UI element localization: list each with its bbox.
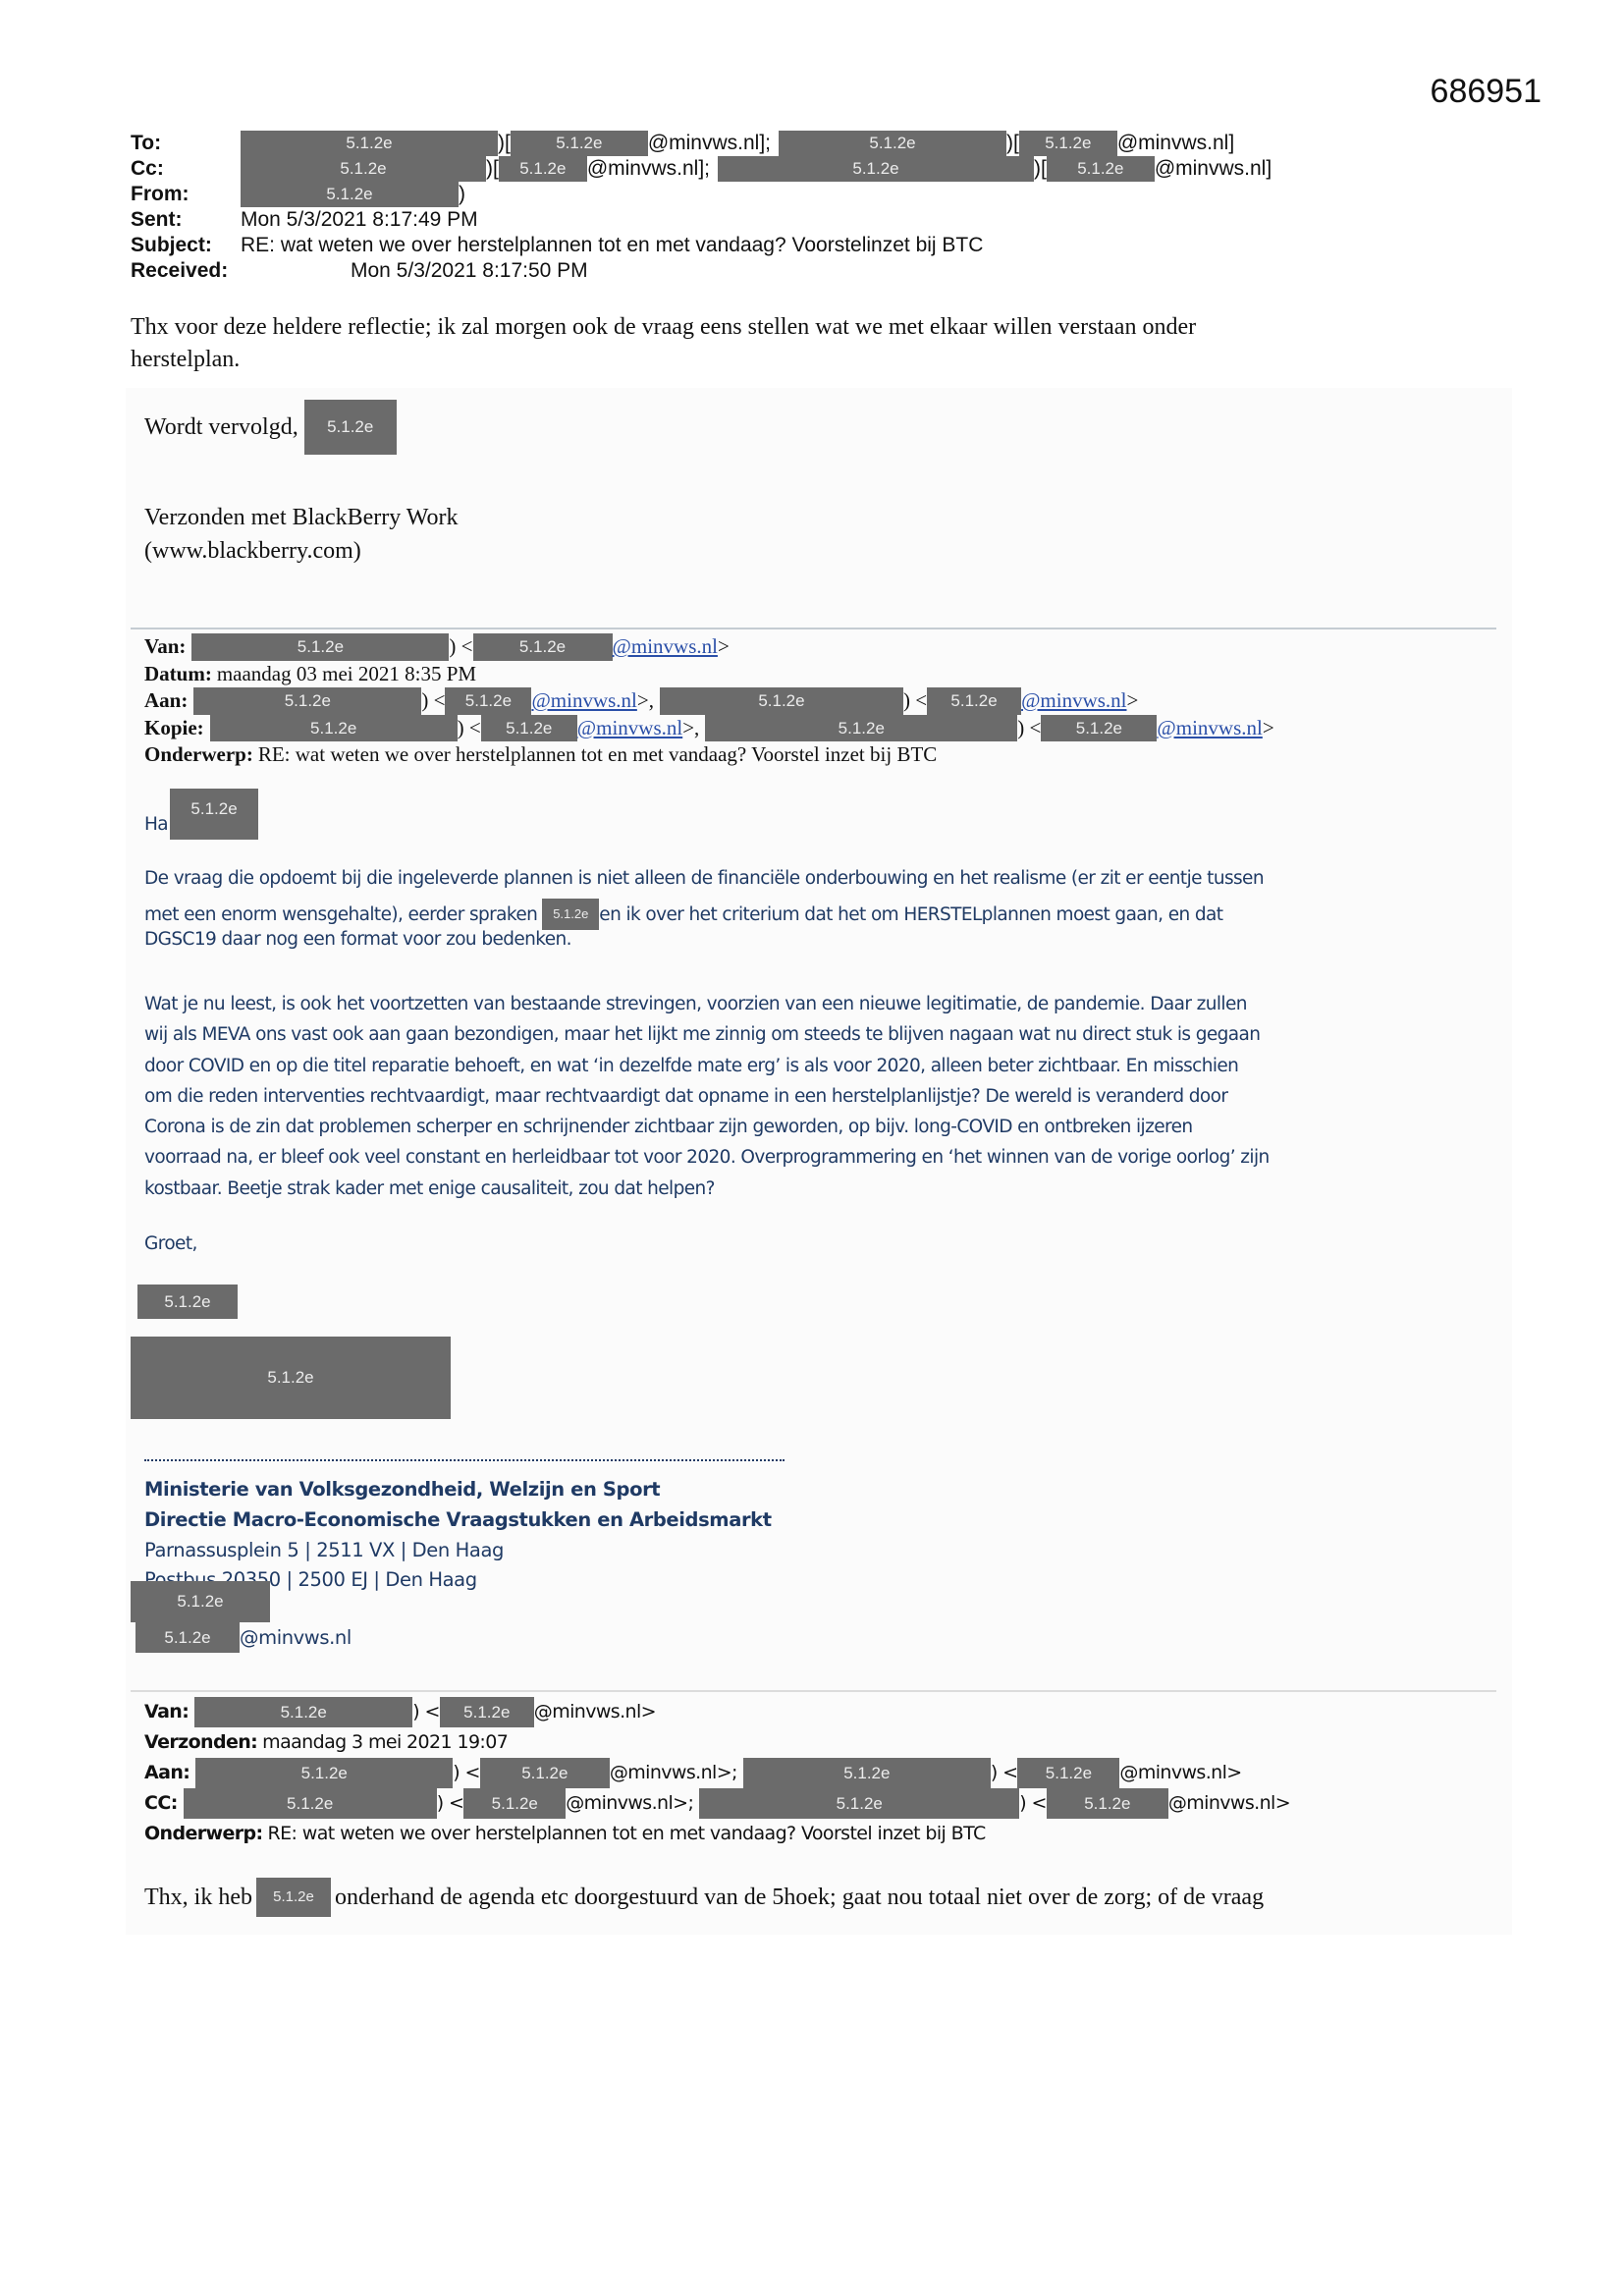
separator: ) < bbox=[421, 687, 445, 715]
sent-label: Sent: bbox=[131, 207, 241, 233]
email-link[interactable]: @minvws.nl bbox=[577, 715, 682, 742]
redaction-title: 5.1.2e bbox=[131, 1337, 451, 1419]
redaction: 5.1.2e bbox=[463, 1788, 566, 1819]
redaction: 5.1.2e bbox=[743, 1758, 991, 1788]
separator: )[ bbox=[1034, 156, 1047, 182]
device-signature-line1: Verzonden met BlackBerry Work bbox=[144, 505, 459, 531]
reply-closing: Wordt vervolgd, 5.1.2e bbox=[144, 400, 397, 455]
email-domain: @minvws.nl] bbox=[1117, 131, 1234, 156]
separator: )[ bbox=[498, 131, 511, 156]
divider bbox=[131, 1690, 1496, 1692]
verzonden-label: Verzonden: bbox=[144, 1727, 257, 1758]
divider bbox=[131, 628, 1496, 629]
verzonden-row: Verzonden: maandag 3 mei 2021 19:07 bbox=[144, 1727, 1290, 1758]
signature-org: Ministerie van Volksgezondheid, Welzijn … bbox=[144, 1478, 660, 1501]
datum-value: maandag 03 mei 2021 8:35 PM bbox=[217, 661, 476, 688]
sent-value: Mon 5/3/2021 8:17:49 PM bbox=[241, 207, 478, 233]
email-link[interactable]: @minvws.nl bbox=[531, 687, 636, 715]
verzonden-value: maandag 3 mei 2021 19:07 bbox=[262, 1727, 508, 1758]
separator: >, bbox=[637, 687, 654, 715]
redaction: 5.1.2e bbox=[481, 715, 577, 742]
van-row: Van: 5.1.2e ) < 5.1.2e @minvws.nl> bbox=[144, 1697, 1290, 1727]
email-domain: @minvws.nl]; bbox=[587, 156, 710, 182]
redaction: 5.1.2e bbox=[1047, 1788, 1168, 1819]
para2-line: kostbaar. Beetje strak kader met enige c… bbox=[144, 1174, 1270, 1204]
redaction: 5.1.2e bbox=[440, 1697, 534, 1727]
aan-label: Aan: bbox=[144, 1758, 189, 1788]
separator: > bbox=[1127, 687, 1139, 715]
separator: >, bbox=[682, 715, 699, 742]
redaction: 5.1.2e bbox=[195, 1758, 453, 1788]
para2-line: Corona is de zin dat problemen scherper … bbox=[144, 1112, 1270, 1142]
separator: ) < bbox=[903, 687, 927, 715]
reply-paragraph-cont: herstelplan. bbox=[131, 347, 240, 373]
para2-line: om die reden interventies rechtvaardigt,… bbox=[144, 1081, 1270, 1112]
para2-line: Wat je nu leest, is ook het voortzetten … bbox=[144, 989, 1270, 1019]
received-value: Mon 5/3/2021 8:17:50 PM bbox=[351, 258, 588, 284]
separator: ) bbox=[459, 182, 465, 207]
page-number: 686951 bbox=[1431, 73, 1542, 111]
para2: Wat je nu leest, is ook het voortzetten … bbox=[144, 989, 1270, 1204]
redaction: 5.1.2e bbox=[445, 687, 531, 715]
redaction: 5.1.2e bbox=[241, 131, 498, 156]
quoted2-header: Van: 5.1.2e ) < 5.1.2e @minvws.nl> Verzo… bbox=[144, 1697, 1290, 1849]
cc-row: CC: 5.1.2e ) < 5.1.2e @minvws.nl>; 5.1.2… bbox=[144, 1788, 1290, 1819]
van-label: Van: bbox=[144, 633, 186, 661]
para1-line3: DGSC19 daar nog een format voor zou bede… bbox=[144, 929, 571, 950]
redaction: 5.1.2e bbox=[1017, 1758, 1119, 1788]
redaction: 5.1.2e bbox=[1041, 715, 1157, 742]
separator: ) < bbox=[437, 1788, 464, 1819]
separator: )[ bbox=[1006, 131, 1019, 156]
separator: ) < bbox=[412, 1697, 440, 1727]
email-domain: @minvws.nl bbox=[240, 1626, 352, 1649]
separator: ) < bbox=[991, 1758, 1018, 1788]
para1-line2: met een enorm wensgehalte), eerder sprak… bbox=[144, 899, 1222, 930]
onderwerp-value: RE: wat weten we over herstelplannen tot… bbox=[258, 741, 937, 769]
aan-label: Aan: bbox=[144, 687, 188, 715]
received-row: Received: Mon 5/3/2021 8:17:50 PM bbox=[131, 258, 1272, 284]
redaction: 5.1.2e bbox=[210, 715, 458, 742]
redaction: 5.1.2e bbox=[779, 131, 1006, 156]
quoted2-body: Thx, ik heb 5.1.2e onderhand de agenda e… bbox=[144, 1878, 1264, 1917]
separator: > bbox=[1263, 715, 1274, 742]
outer-email-header: To: 5.1.2e )[ 5.1.2e @minvws.nl]; 5.1.2e… bbox=[131, 131, 1272, 284]
subject-label: Subject: bbox=[131, 233, 241, 258]
to-row: To: 5.1.2e )[ 5.1.2e @minvws.nl]; 5.1.2e… bbox=[131, 131, 1272, 156]
device-signature-line2: (www.blackberry.com) bbox=[144, 538, 361, 565]
datum-label: Datum: bbox=[144, 661, 212, 688]
greeting: Ha 5.1.2e bbox=[144, 789, 258, 840]
cc-label: CC: bbox=[144, 1788, 178, 1819]
to-label: To: bbox=[131, 131, 241, 156]
email-domain: @minvws.nl] bbox=[1155, 156, 1272, 182]
redaction: 5.1.2e bbox=[193, 687, 421, 715]
from-label: From: bbox=[131, 182, 241, 207]
body-text: onderhand de agenda etc doorgestuurd van… bbox=[335, 1885, 1264, 1911]
para1-line2b: en ik over het criterium dat het om HERS… bbox=[599, 904, 1222, 925]
redaction: 5.1.2e bbox=[699, 1788, 1019, 1819]
redaction: 5.1.2e bbox=[135, 1622, 240, 1653]
received-label: Received: bbox=[131, 258, 351, 284]
redaction: 5.1.2e bbox=[170, 789, 258, 840]
cc-label: Cc: bbox=[131, 156, 241, 182]
separator: ) < bbox=[453, 1758, 480, 1788]
email-domain: @minvws.nl>; bbox=[610, 1758, 737, 1788]
datum-row: Datum: maandag 03 mei 2021 8:35 PM bbox=[144, 661, 1274, 688]
subject-value: RE: wat weten we over herstelplannen tot… bbox=[241, 233, 983, 258]
email-link[interactable]: @minvws.nl bbox=[613, 633, 718, 661]
para2-line: wij als MEVA ons vast ook aan gaan bezon… bbox=[144, 1019, 1270, 1050]
redaction: 5.1.2e bbox=[131, 1581, 270, 1622]
kopie-label: Kopie: bbox=[144, 715, 204, 742]
cc-row: Cc: 5.1.2e )[ 5.1.2e @minvws.nl]; 5.1.2e… bbox=[131, 156, 1272, 182]
sent-row: Sent: Mon 5/3/2021 8:17:49 PM bbox=[131, 207, 1272, 233]
reply-paragraph: Thx voor deze heldere reflectie; ik zal … bbox=[131, 314, 1196, 341]
closing-text: Wordt vervolgd, bbox=[144, 414, 298, 441]
para1-line2a: met een enorm wensgehalte), eerder sprak… bbox=[144, 904, 537, 925]
signature-email: 5.1.2e @minvws.nl bbox=[135, 1622, 352, 1653]
signature-department: Directie Macro-Economische Vraagstukken … bbox=[144, 1508, 772, 1531]
separator: )[ bbox=[486, 156, 499, 182]
greeting-text: Ha bbox=[144, 814, 168, 835]
redaction: 5.1.2e bbox=[480, 1758, 610, 1788]
onderwerp-row: Onderwerp: RE: wat weten we over herstel… bbox=[144, 741, 1274, 769]
redaction: 5.1.2e bbox=[499, 156, 587, 182]
aan-row: Aan: 5.1.2e ) < 5.1.2e @minvws.nl>; 5.1.… bbox=[144, 1758, 1290, 1788]
redaction: 5.1.2e bbox=[191, 633, 449, 661]
from-row: From: 5.1.2e ) bbox=[131, 182, 1272, 207]
redaction: 5.1.2e bbox=[542, 899, 599, 930]
signature-address1: Parnassusplein 5 | 2511 VX | Den Haag bbox=[144, 1539, 504, 1561]
email-link[interactable]: @minvws.nl bbox=[1157, 715, 1262, 742]
separator: ) < bbox=[1017, 715, 1041, 742]
separator: > bbox=[718, 633, 730, 661]
email-domain: @minvws.nl]; bbox=[648, 131, 771, 156]
email-domain: @minvws.nl>; bbox=[566, 1788, 693, 1819]
kopie-row: Kopie: 5.1.2e ) < 5.1.2e @minvws.nl >, 5… bbox=[144, 715, 1274, 742]
separator: ) < bbox=[458, 715, 481, 742]
signature-separator bbox=[144, 1459, 785, 1461]
onderwerp-row: Onderwerp: RE: wat weten we over herstel… bbox=[144, 1819, 1290, 1849]
redaction: 5.1.2e bbox=[473, 633, 613, 661]
onderwerp-label: Onderwerp: bbox=[144, 741, 253, 769]
onderwerp-label: Onderwerp: bbox=[144, 1819, 263, 1849]
email-domain: @minvws.nl> bbox=[1119, 1758, 1241, 1788]
redaction: 5.1.2e bbox=[241, 182, 459, 207]
redaction: 5.1.2e bbox=[304, 400, 397, 455]
sign-off: Groet, bbox=[144, 1233, 197, 1254]
separator: ) < bbox=[1019, 1788, 1047, 1819]
van-label: Van: bbox=[144, 1697, 189, 1727]
redaction: 5.1.2e bbox=[511, 131, 648, 156]
redaction: 5.1.2e bbox=[184, 1788, 437, 1819]
separator: ) < bbox=[449, 633, 472, 661]
redaction: 5.1.2e bbox=[718, 156, 1034, 182]
redaction: 5.1.2e bbox=[927, 687, 1021, 715]
redaction: 5.1.2e bbox=[256, 1878, 331, 1917]
redaction: 5.1.2e bbox=[660, 687, 903, 715]
van-row: Van: 5.1.2e ) < 5.1.2e @minvws.nl > bbox=[144, 633, 1274, 661]
para1-line1: De vraag die opdoemt bij die ingeleverde… bbox=[144, 868, 1264, 889]
para2-line: voorraad na, er bleef ook veel constant … bbox=[144, 1142, 1270, 1173]
body-text: Thx, ik heb bbox=[144, 1885, 252, 1911]
redaction: 5.1.2e bbox=[705, 715, 1017, 742]
redaction-name: 5.1.2e bbox=[137, 1285, 238, 1319]
email-domain: @minvws.nl> bbox=[534, 1697, 656, 1727]
quoted1-header: Van: 5.1.2e ) < 5.1.2e @minvws.nl > Datu… bbox=[144, 633, 1274, 769]
para2-line: door COVID en op die titel reparatie beh… bbox=[144, 1051, 1270, 1081]
onderwerp-value: RE: wat weten we over herstelplannen tot… bbox=[268, 1819, 986, 1849]
redaction: 5.1.2e bbox=[194, 1697, 412, 1727]
redaction: 5.1.2e bbox=[1019, 131, 1117, 156]
email-link[interactable]: @minvws.nl bbox=[1021, 687, 1126, 715]
redaction: 5.1.2e bbox=[241, 156, 486, 182]
redaction: 5.1.2e bbox=[1047, 156, 1155, 182]
aan-row: Aan: 5.1.2e ) < 5.1.2e @minvws.nl >, 5.1… bbox=[144, 687, 1274, 715]
email-domain: @minvws.nl> bbox=[1168, 1788, 1290, 1819]
subject-row: Subject: RE: wat weten we over herstelpl… bbox=[131, 233, 1272, 258]
